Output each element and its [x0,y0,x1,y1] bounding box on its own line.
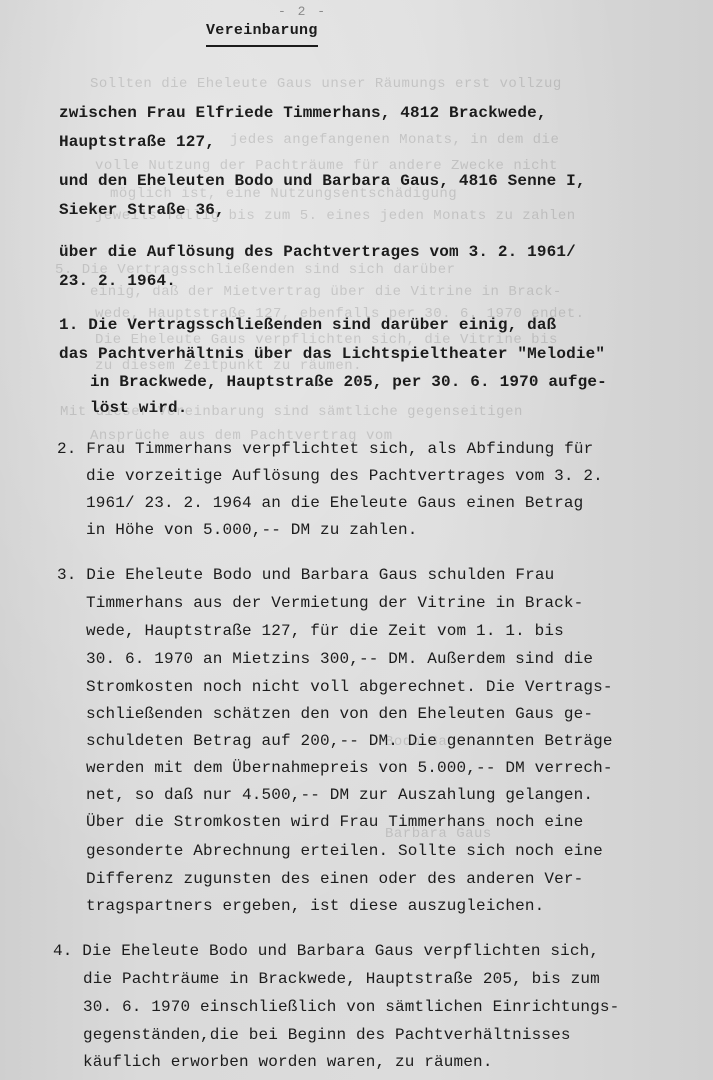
bleed-through-text: Sollten die Eheleute Gaus unser Räumungs… [90,76,562,92]
subject-line: 23. 2. 1964. [59,272,176,290]
page-number: - 2 - [278,4,327,19]
clause-1-line: 1. Die Vertragsschließenden sind darüber… [59,316,556,334]
clause-3-line: Über die Stromkosten wird Frau Timmerhan… [86,813,583,831]
clause-3-line: Stromkosten noch nicht voll abgerechnet.… [86,678,613,696]
clause-2-line: in Höhe von 5.000,-- DM zu zahlen. [86,521,418,539]
clause-1-line: in Brackwede, Hauptstraße 205, per 30. 6… [90,373,607,391]
clause-3-line: schuldeten Betrag auf 200,-- DM. Die gen… [86,732,613,750]
clause-3-line: Differenz zugunsten des einen oder des a… [86,870,583,888]
clause-4-line: käuflich erworben worden waren, zu räume… [83,1053,493,1071]
clause-1-line: löst wird. [90,399,188,417]
document-page: Sollten die Eheleute Gaus unser Räumungs… [0,0,713,1080]
clause-3-line: gesonderte Abrechnung erteilen. Sollte s… [86,842,603,860]
clause-3-line: schließenden schätzen den von den Eheleu… [86,705,593,723]
clause-4-line: die Pachträume in Brackwede, Hauptstraße… [83,970,600,988]
parties-line: Sieker Straße 36, [59,201,225,219]
parties-line: Hauptstraße 127, [59,133,215,151]
clause-4-line: gegenständen,die bei Beginn des Pachtver… [83,1026,571,1044]
bleed-through-text: jedes angefangenen Monats, in dem die [230,132,559,148]
clause-3-line: Timmerhans aus der Vermietung der Vitrin… [86,594,583,612]
clause-3-line: net, so daß nur 4.500,-- DM zur Auszahlu… [86,786,593,804]
clause-3-line: 30. 6. 1970 an Mietzins 300,-- DM. Außer… [86,650,593,668]
parties-line: und den Eheleuten Bodo und Barbara Gaus,… [59,172,586,190]
clause-2-line: 2. Frau Timmerhans verpflichtet sich, al… [57,440,593,458]
clause-3-line: 3. Die Eheleute Bodo und Barbara Gaus sc… [57,566,554,584]
document-title: Vereinbarung [206,22,318,47]
clause-4-line: 30. 6. 1970 einschließlich von sämtliche… [83,998,619,1016]
clause-1-line: das Pachtverhältnis über das Lichtspielt… [59,345,605,363]
clause-3-line: tragspartners ergeben, ist diese auszugl… [86,897,544,915]
clause-4-line: 4. Die Eheleute Bodo und Barbara Gaus ve… [53,942,599,960]
clause-2-line: 1961/ 23. 2. 1964 an die Eheleute Gaus e… [86,494,583,512]
parties-line: zwischen Frau Elfriede Timmerhans, 4812 … [59,104,547,122]
clause-3-line: wede, Hauptstraße 127, für die Zeit vom … [86,622,564,640]
clause-3-line: werden mit dem Übernahmepreis von 5.000,… [86,759,613,777]
clause-2-line: die vorzeitige Auflösung des Pachtvertra… [86,467,603,485]
subject-line: über die Auflösung des Pachtvertrages vo… [59,243,576,261]
